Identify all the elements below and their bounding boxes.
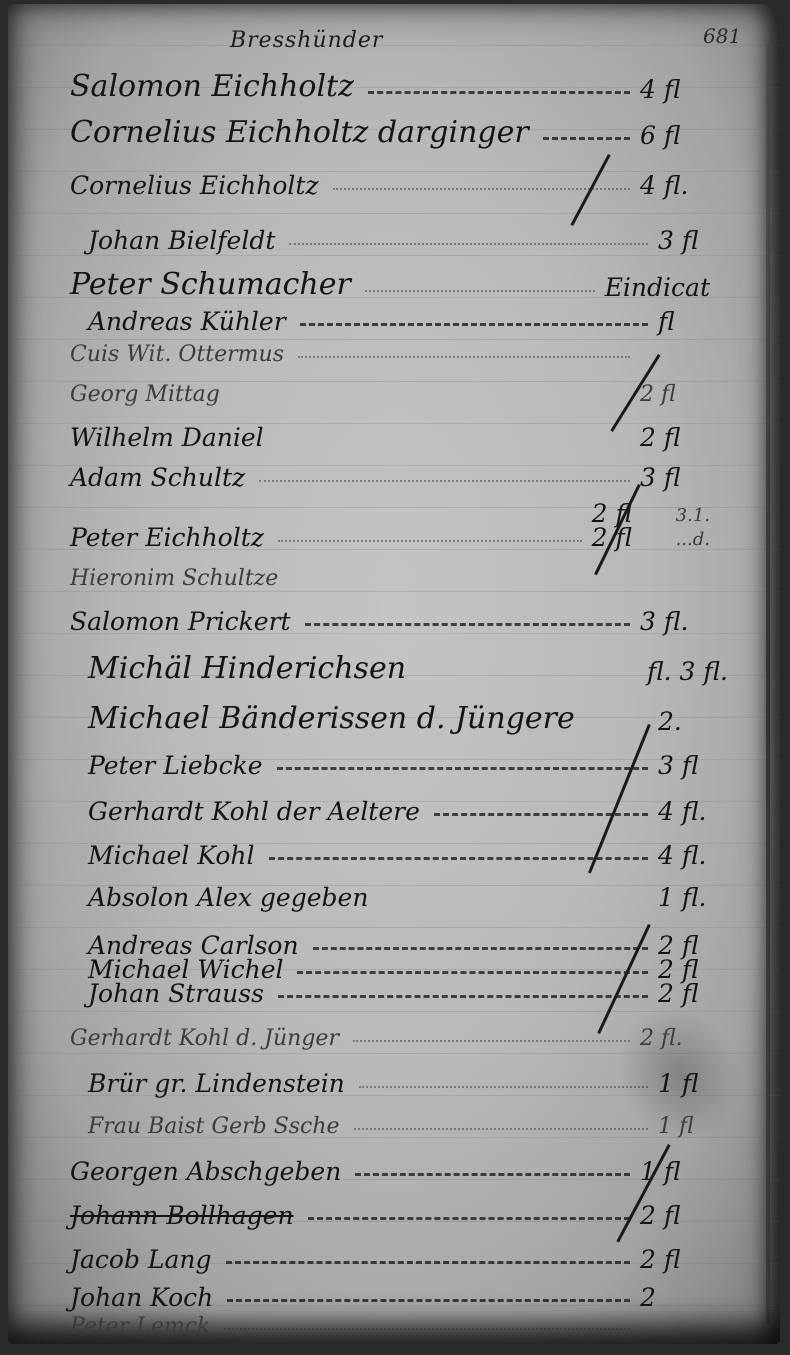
entry-amount: 3 fl [658, 753, 728, 778]
dash-leader [269, 857, 649, 860]
dash-leader [277, 767, 648, 770]
ledger-row: Frau Baist Gerb Ssche 1 fl [88, 1104, 728, 1138]
ledger-row: Johann Bollhagen 2 fl [70, 1194, 710, 1228]
entry-name: Peter Lemck [70, 1316, 210, 1338]
entry-amount: 2 fl [640, 425, 710, 450]
entry-name: Georgen Abschgeben [70, 1159, 341, 1184]
entry-amount: 4 fl. [658, 799, 728, 824]
entry-amount: 4 fl [640, 77, 710, 102]
entry-amount: 2 fl [658, 981, 728, 1006]
ledger-row: Michael Kohl 4 fl. [88, 834, 728, 868]
dash-leader [289, 243, 648, 245]
ledger-row: Jacob Lang 2 fl [70, 1238, 710, 1272]
entry-amount: 1 fl [658, 1071, 728, 1096]
entry-amount: 2 fl [592, 525, 662, 550]
entry-amount: 3 fl [658, 228, 728, 253]
entry-amount: fl [658, 309, 728, 334]
entry-amount: Eindicat [605, 275, 710, 300]
entry-amount: 4 fl. [640, 173, 710, 198]
entry-note: ...d. [676, 529, 710, 550]
entry-name: Hieronim Schultze [70, 568, 278, 590]
entry-name: Frau Baist Gerb Ssche [88, 1116, 340, 1138]
entry-name: Salomon Eichholtz [70, 72, 354, 102]
dash-leader [298, 356, 630, 358]
dash-leader [259, 480, 630, 482]
ledger-row: Adam Schultz 3 fl [70, 456, 710, 490]
dash-leader [278, 995, 648, 998]
dash-leader [300, 323, 648, 326]
entry-amount: fl. 3 fl. [647, 659, 728, 684]
ledger-row: Cuis Wit. Ottermus [70, 332, 710, 366]
entry-name: Gerhardt Kohl der Aeltere [88, 799, 420, 824]
dash-leader [434, 813, 648, 816]
entry-name: Peter Schumacher [70, 270, 351, 300]
ledger-entries: Salomon Eichholtz 4 fl Cornelius Eichhol… [8, 4, 780, 1344]
ledger-row: Salomon Eichholtz 4 fl [70, 68, 710, 102]
entry-amount: 3 fl. [640, 609, 710, 634]
ledger-row: Brür gr. Lindenstein 1 fl [88, 1062, 728, 1096]
entry-name: Peter Eichholtz [70, 525, 264, 550]
entry-name: Andreas Kühler [88, 309, 286, 334]
entry-name: Michäl Hinderichsen [88, 654, 406, 684]
dash-leader [353, 1040, 630, 1042]
dash-leader [227, 1299, 630, 1302]
ledger-row: Michael Bänderissen d. Jüngere 2. [88, 700, 728, 734]
ledger-row: Johan Strauss 2 fl [88, 972, 728, 1006]
dash-leader [368, 91, 630, 94]
dash-leader [359, 1086, 648, 1088]
ledger-row: Absolon Alex gegeben 1 fl. [88, 876, 728, 910]
dash-leader [305, 623, 630, 626]
entry-name: Gerhardt Kohl d. Jünger [70, 1028, 339, 1050]
ledger-row: Michäl Hinderichsen fl. 3 fl. [88, 650, 728, 684]
dash-leader [355, 1173, 630, 1176]
entry-name: Cuis Wit. Ottermus [70, 344, 284, 366]
dash-leader [224, 1328, 630, 1330]
dash-leader [543, 137, 630, 140]
entry-name: Peter Liebcke [88, 753, 263, 778]
ledger-row: Georgen Abschgeben 1 fl [70, 1150, 710, 1184]
entry-name: Johann Bollhagen [70, 1203, 294, 1228]
ledger-row: Peter Lemck [70, 1304, 710, 1338]
entry-amount: 2 fl [640, 1203, 710, 1228]
entry-name: Salomon Prickert [70, 609, 291, 634]
entry-amount: 1 fl [658, 1116, 728, 1138]
ledger-row: Georg Mittag 2 fl [70, 372, 710, 406]
entry-name: Adam Schultz [70, 465, 245, 490]
ledger-row: Hieronim Schultze [70, 556, 710, 590]
dash-leader [365, 290, 595, 292]
ledger-row: Wilhelm Daniel 2 fl [70, 416, 710, 450]
dash-leader [333, 188, 630, 190]
entry-amount: 3 fl [640, 465, 710, 490]
entry-name: Johan Bielfeldt [88, 228, 275, 253]
dash-leader [226, 1261, 630, 1264]
ledger-row: Peter Schumacher Eindicat [70, 266, 710, 300]
entry-name: Georg Mittag [70, 384, 220, 406]
ledger-row: Cornelius Eichholtz 4 fl. [70, 164, 710, 198]
entry-amount: 2 fl. [640, 1028, 710, 1050]
dash-leader [278, 540, 582, 542]
entry-name: Cornelius Eichholtz darginger [70, 118, 529, 148]
entry-name: Johan Strauss [88, 981, 264, 1006]
entry-amount: 2 fl [640, 384, 710, 406]
entry-name: Absolon Alex gegeben [88, 885, 368, 910]
ledger-row: Gerhardt Kohl d. Jünger 2 fl. [70, 1016, 710, 1050]
entry-name: Cornelius Eichholtz [70, 173, 319, 198]
ledger-row: Gerhardt Kohl der Aeltere 4 fl. [88, 790, 728, 824]
entry-name: Michael Kohl [88, 843, 255, 868]
entry-amount: 1 fl. [658, 885, 728, 910]
dash-leader [308, 1217, 630, 1220]
ledger-row: Johan Bielfeldt 3 fl [88, 219, 728, 253]
entry-amount: 4 fl. [658, 843, 728, 868]
entry-amount: 2. [658, 709, 728, 734]
entry-name: Michael Bänderissen d. Jüngere [88, 704, 575, 734]
ledger-row: Salomon Prickert 3 fl. [70, 600, 710, 634]
paper-sheet: Bresshünder 681 Salomon Eichholtz 4 fl C… [8, 4, 780, 1344]
entry-name: Brür gr. Lindenstein [88, 1071, 345, 1096]
entry-name: Wilhelm Daniel [70, 425, 264, 450]
dash-leader [354, 1128, 648, 1130]
scanned-ledger-page: Bresshünder 681 Salomon Eichholtz 4 fl C… [0, 0, 790, 1355]
entry-amount: 6 fl [640, 123, 710, 148]
entry-amount: 2 fl [640, 1247, 710, 1272]
entry-name: Jacob Lang [70, 1247, 212, 1272]
ledger-row: Cornelius Eichholtz darginger 6 fl [70, 114, 710, 148]
ledger-row: Andreas Kühler fl [88, 300, 728, 334]
